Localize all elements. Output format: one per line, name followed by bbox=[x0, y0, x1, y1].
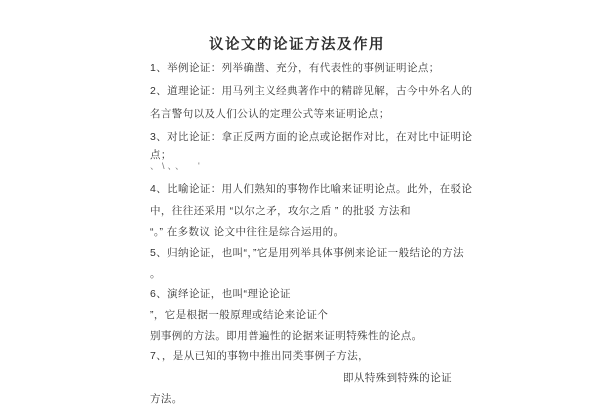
text-line-item4-cont2: “。” 在多数议 论文中往往是综合运用的。 bbox=[150, 226, 344, 238]
document-page: 议论文的论证方法及作用 1、举例论证：列举确凿、充分，有代表性的事例证明论点； … bbox=[0, 0, 594, 406]
text-line-item4: 4、比喻论证：用人们熟知的事物作比喻来证明论点。此外，在驳论 bbox=[150, 183, 472, 195]
text-line-item2: 2、道理论证：用马列主义经典著作中的精辟见解，古今中外名人的 bbox=[150, 85, 472, 97]
text-line-item2-cont: 名言警句以及人们公认的定理公式等来证明论点； bbox=[150, 108, 390, 120]
text-line-item4-cont1: 中，往往还采用 “以尔之矛，攻尔之盾 ” 的批驳 方法和 bbox=[150, 205, 411, 217]
text-line-item7: 7、，是从已知的事物中推出同类事例子方法， bbox=[150, 350, 369, 362]
text-line-item7-cont2: 方法。 bbox=[150, 393, 183, 405]
text-line-item1: 1、举例论证：列举确凿、充分，有代表性的事例证明论点； bbox=[150, 62, 440, 74]
text-line-item5: 5、归纳论证，也叫“，”它是用列举具体事例来论证一般结论的方法 bbox=[150, 247, 464, 259]
text-line-item6: 6、演绎论证，也叫“理论论证 bbox=[150, 288, 291, 300]
text-line-item5-cont: 。 bbox=[150, 268, 161, 280]
stray-marks: 、\、、 ' bbox=[150, 160, 203, 172]
text-line-item7-cont1: 即从特殊到特殊的论证 bbox=[343, 372, 452, 384]
text-line-item6-cont1: ”，它是根据一般原理或结论来论证个 bbox=[150, 309, 328, 321]
text-line-item6-cont2: 别事例的方法。即用普遍性的论据来证明特殊性的论点。 bbox=[150, 330, 423, 342]
text-line-item3: 3、对比论证：拿正反两方面的论点或论据作对比，在对比中证明论 bbox=[150, 131, 472, 143]
document-title: 议论文的论证方法及作用 bbox=[0, 33, 594, 54]
